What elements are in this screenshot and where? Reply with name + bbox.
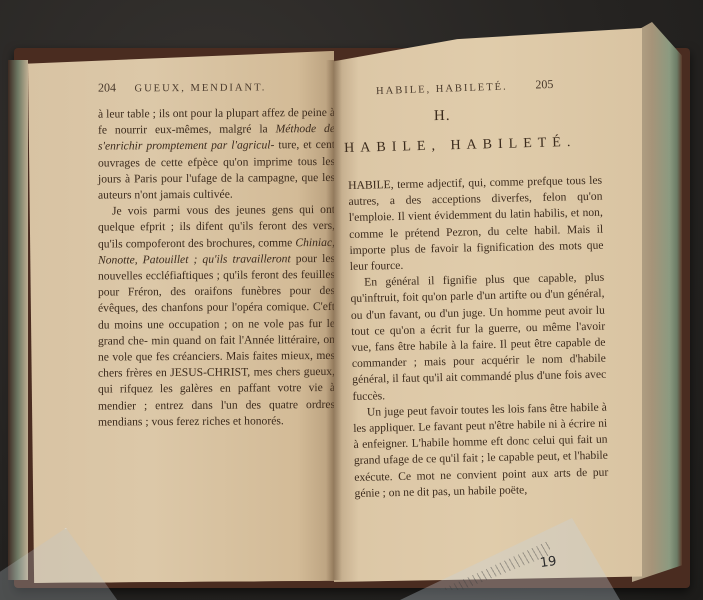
paragraph: En général il fignifie plus que capable,… — [350, 270, 607, 405]
text-line: Un juge peut favoir toutes les lois fans… — [367, 401, 571, 418]
book-gutter — [326, 60, 342, 580]
left-page: 204 GUEUX, MENDIANT. à leur table ; ils … — [28, 51, 334, 583]
text-line: de ce qu'il fait ; le capable peut, et l… — [412, 449, 608, 466]
text-line: Je vois parmi vous des jeunes gens qui o… — [112, 203, 334, 218]
right-page: HABILE, HABILETÉ. 205 H. HABILE, HABILET… — [334, 28, 642, 582]
text-line: à leur table ; ils ont pour la plupart a… — [98, 106, 302, 120]
article-title: HABILE, HABILETÉ. — [344, 135, 577, 157]
right-running-title: HABILE, HABILETÉ. — [376, 82, 508, 98]
section-letter: H. — [434, 108, 451, 125]
left-page-edges — [8, 60, 28, 580]
text-line: En général il fignifie plus que capable, — [364, 271, 585, 289]
right-body-text: HABILE, terme adjectif, qui, comme prefq… — [348, 173, 609, 502]
text-line: importe plus de favoir la fignification … — [349, 239, 559, 256]
right-running-head: HABILE, HABILETÉ. 205 — [376, 77, 554, 98]
right-page-number: 205 — [535, 77, 553, 92]
text-line: fans être habile à la faire. Il peut êtr… — [375, 336, 595, 354]
text-line: exécute. Ce mot ne convient point aux ar… — [354, 466, 576, 484]
left-running-head: 204 GUEUX, MENDIANT. — [98, 79, 266, 95]
text-line: cultivée. — [193, 188, 233, 201]
text-line: le prétend Pezron, du celte habil. Mais … — [390, 222, 604, 239]
text-line: HABILE, terme adjectif, qui, comme — [348, 175, 527, 192]
paragraph: à leur table ; ils ont pour la plupart a… — [98, 105, 334, 204]
book-photo: 204 GUEUX, MENDIANT. à leur table ; ils … — [0, 0, 703, 600]
text-line: qu'ils compoferont des brochures, comme — [98, 236, 295, 250]
left-running-title: GUEUX, MENDIANT. — [135, 82, 267, 94]
left-page-number: 204 — [98, 80, 116, 94]
paragraph: Un juge peut favoir toutes les lois fans… — [353, 399, 609, 502]
text-line: vole que fes créanciers. Mais faites mie… — [112, 349, 316, 363]
paragraph: HABILE, terme adjectif, qui, comme prefq… — [348, 173, 604, 276]
text-line: quelque efprit ; ils difent qu'ils feron… — [98, 219, 334, 234]
left-body-text: à leur table ; ils ont pour la plupart a… — [98, 105, 334, 431]
ruler-number: 19 — [539, 554, 557, 571]
paragraph: Je vois parmi vous des jeunes gens qui o… — [98, 202, 334, 430]
